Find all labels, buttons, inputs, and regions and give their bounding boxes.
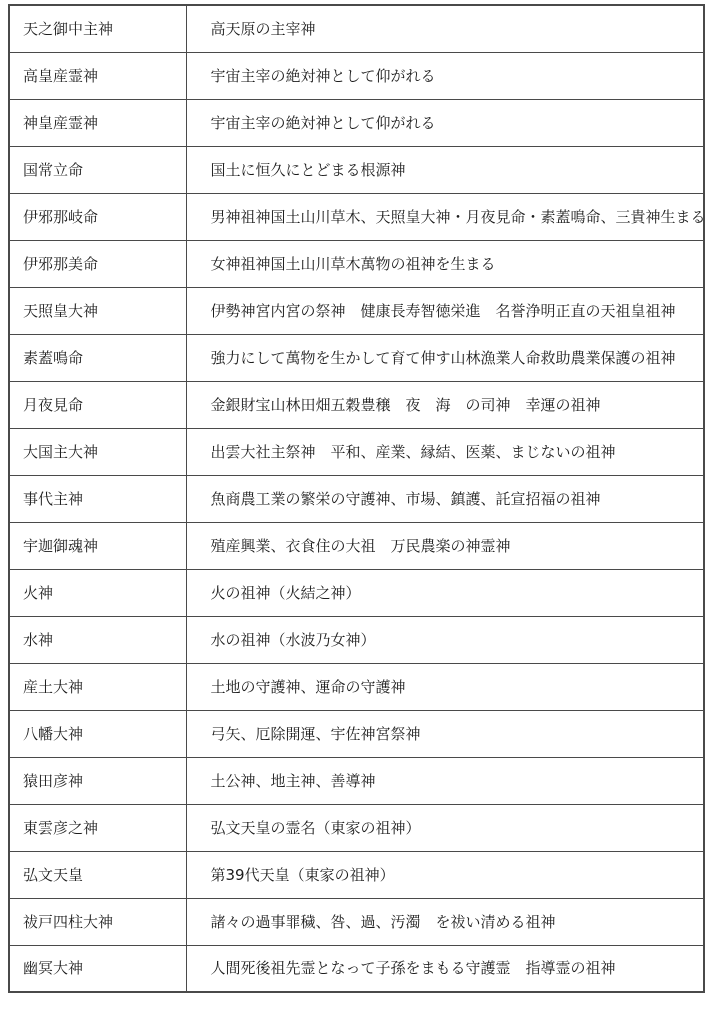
table-row: 東雲彦之神弘文天皇の霊名（東家の祖神） [9, 804, 704, 851]
table-row: 伊邪那岐命男神祖神国土山川草木、天照皇大神・月夜見命・素蓋鳴命、三貴神生まる [9, 193, 704, 240]
deity-description-cell: 水の祖神（水波乃女神） [186, 616, 704, 663]
deity-description-cell: 伊勢神宮内宮の祭神 健康長寿智徳栄進 名誉浄明正直の天祖皇祖神 [186, 287, 704, 334]
table-row: 天之御中主神高天原の主宰神 [9, 5, 704, 52]
deity-name-cell: 猿田彦神 [9, 757, 186, 804]
deity-name-cell: 月夜見命 [9, 381, 186, 428]
table-row: 祓戸四柱大神諸々の過事罪穢、咎、過、汚濁 を祓い清める祖神 [9, 898, 704, 945]
deity-description-cell: 諸々の過事罪穢、咎、過、汚濁 を祓い清める祖神 [186, 898, 704, 945]
deity-description-cell: 宇宙主宰の絶対神として仰がれる [186, 99, 704, 146]
deity-name-cell: 弘文天皇 [9, 851, 186, 898]
table-row: 大国主大神出雲大社主祭神 平和、産業、縁結、医薬、まじないの祖神 [9, 428, 704, 475]
deity-description-cell: 宇宙主宰の絶対神として仰がれる [186, 52, 704, 99]
deity-name-cell: 伊邪那岐命 [9, 193, 186, 240]
table-row: 産土大神土地の守護神、運命の守護神 [9, 663, 704, 710]
deity-name-cell: 宇迦御魂神 [9, 522, 186, 569]
deity-description-cell: 金銀財宝山林田畑五穀豊穣 夜 海 の司神 幸運の祖神 [186, 381, 704, 428]
deity-name-cell: 伊邪那美命 [9, 240, 186, 287]
deity-name-cell: 八幡大神 [9, 710, 186, 757]
deity-description-cell: 出雲大社主祭神 平和、産業、縁結、医薬、まじないの祖神 [186, 428, 704, 475]
table-row: 宇迦御魂神殖産興業、衣食住の大祖 万民農楽の神霊神 [9, 522, 704, 569]
table-row: 幽冥大神人間死後祖先霊となって子孫をまもる守護霊 指導霊の祖神 [9, 945, 704, 992]
deity-name-cell: 祓戸四柱大神 [9, 898, 186, 945]
deity-table-body: 天之御中主神高天原の主宰神高皇産霊神宇宙主宰の絶対神として仰がれる神皇産霊神宇宙… [9, 5, 704, 992]
deity-description-cell: 火の祖神（火結之神） [186, 569, 704, 616]
table-row: 国常立命国土に恒久にとどまる根源神 [9, 146, 704, 193]
deity-description-cell: 男神祖神国土山川草木、天照皇大神・月夜見命・素蓋鳴命、三貴神生まる [186, 193, 704, 240]
table-row: 弘文天皇第39代天皇（東家の祖神） [9, 851, 704, 898]
deity-name-cell: 国常立命 [9, 146, 186, 193]
deity-name-cell: 高皇産霊神 [9, 52, 186, 99]
deity-name-cell: 火神 [9, 569, 186, 616]
table-row: 水神水の祖神（水波乃女神） [9, 616, 704, 663]
deity-description-cell: 女神祖神国土山川草木萬物の祖神を生まる [186, 240, 704, 287]
deity-name-cell: 水神 [9, 616, 186, 663]
deity-name-cell: 天照皇大神 [9, 287, 186, 334]
deity-name-cell: 天之御中主神 [9, 5, 186, 52]
deity-description-cell: 強力にして萬物を生かして育て伸す山林漁業人命救助農業保護の祖神 [186, 334, 704, 381]
deity-name-cell: 神皇産霊神 [9, 99, 186, 146]
deity-name-cell: 幽冥大神 [9, 945, 186, 992]
table-row: 伊邪那美命女神祖神国土山川草木萬物の祖神を生まる [9, 240, 704, 287]
table-row: 月夜見命金銀財宝山林田畑五穀豊穣 夜 海 の司神 幸運の祖神 [9, 381, 704, 428]
deity-description-cell: 殖産興業、衣食住の大祖 万民農楽の神霊神 [186, 522, 704, 569]
deity-name-cell: 大国主大神 [9, 428, 186, 475]
deity-name-cell: 産土大神 [9, 663, 186, 710]
deity-description-cell: 第39代天皇（東家の祖神） [186, 851, 704, 898]
table-row: 猿田彦神土公神、地主神、善導神 [9, 757, 704, 804]
table-row: 火神火の祖神（火結之神） [9, 569, 704, 616]
table-row: 高皇産霊神宇宙主宰の絶対神として仰がれる [9, 52, 704, 99]
table-row: 事代主神魚商農工業の繁栄の守護神、市場、鎮護、託宣招福の祖神 [9, 475, 704, 522]
deity-description-cell: 土公神、地主神、善導神 [186, 757, 704, 804]
deity-description-cell: 高天原の主宰神 [186, 5, 704, 52]
deity-name-cell: 事代主神 [9, 475, 186, 522]
deity-table: 天之御中主神高天原の主宰神高皇産霊神宇宙主宰の絶対神として仰がれる神皇産霊神宇宙… [8, 4, 705, 993]
deity-description-cell: 人間死後祖先霊となって子孫をまもる守護霊 指導霊の祖神 [186, 945, 704, 992]
deity-description-cell: 国土に恒久にとどまる根源神 [186, 146, 704, 193]
deity-description-cell: 土地の守護神、運命の守護神 [186, 663, 704, 710]
deity-description-cell: 魚商農工業の繁栄の守護神、市場、鎮護、託宣招福の祖神 [186, 475, 704, 522]
deity-description-cell: 弘文天皇の霊名（東家の祖神） [186, 804, 704, 851]
deity-name-cell: 素蓋鳴命 [9, 334, 186, 381]
table-row: 八幡大神弓矢、厄除開運、宇佐神宮祭神 [9, 710, 704, 757]
deity-name-cell: 東雲彦之神 [9, 804, 186, 851]
table-row: 素蓋鳴命強力にして萬物を生かして育て伸す山林漁業人命救助農業保護の祖神 [9, 334, 704, 381]
deity-description-cell: 弓矢、厄除開運、宇佐神宮祭神 [186, 710, 704, 757]
table-row: 神皇産霊神宇宙主宰の絶対神として仰がれる [9, 99, 704, 146]
table-row: 天照皇大神伊勢神宮内宮の祭神 健康長寿智徳栄進 名誉浄明正直の天祖皇祖神 [9, 287, 704, 334]
